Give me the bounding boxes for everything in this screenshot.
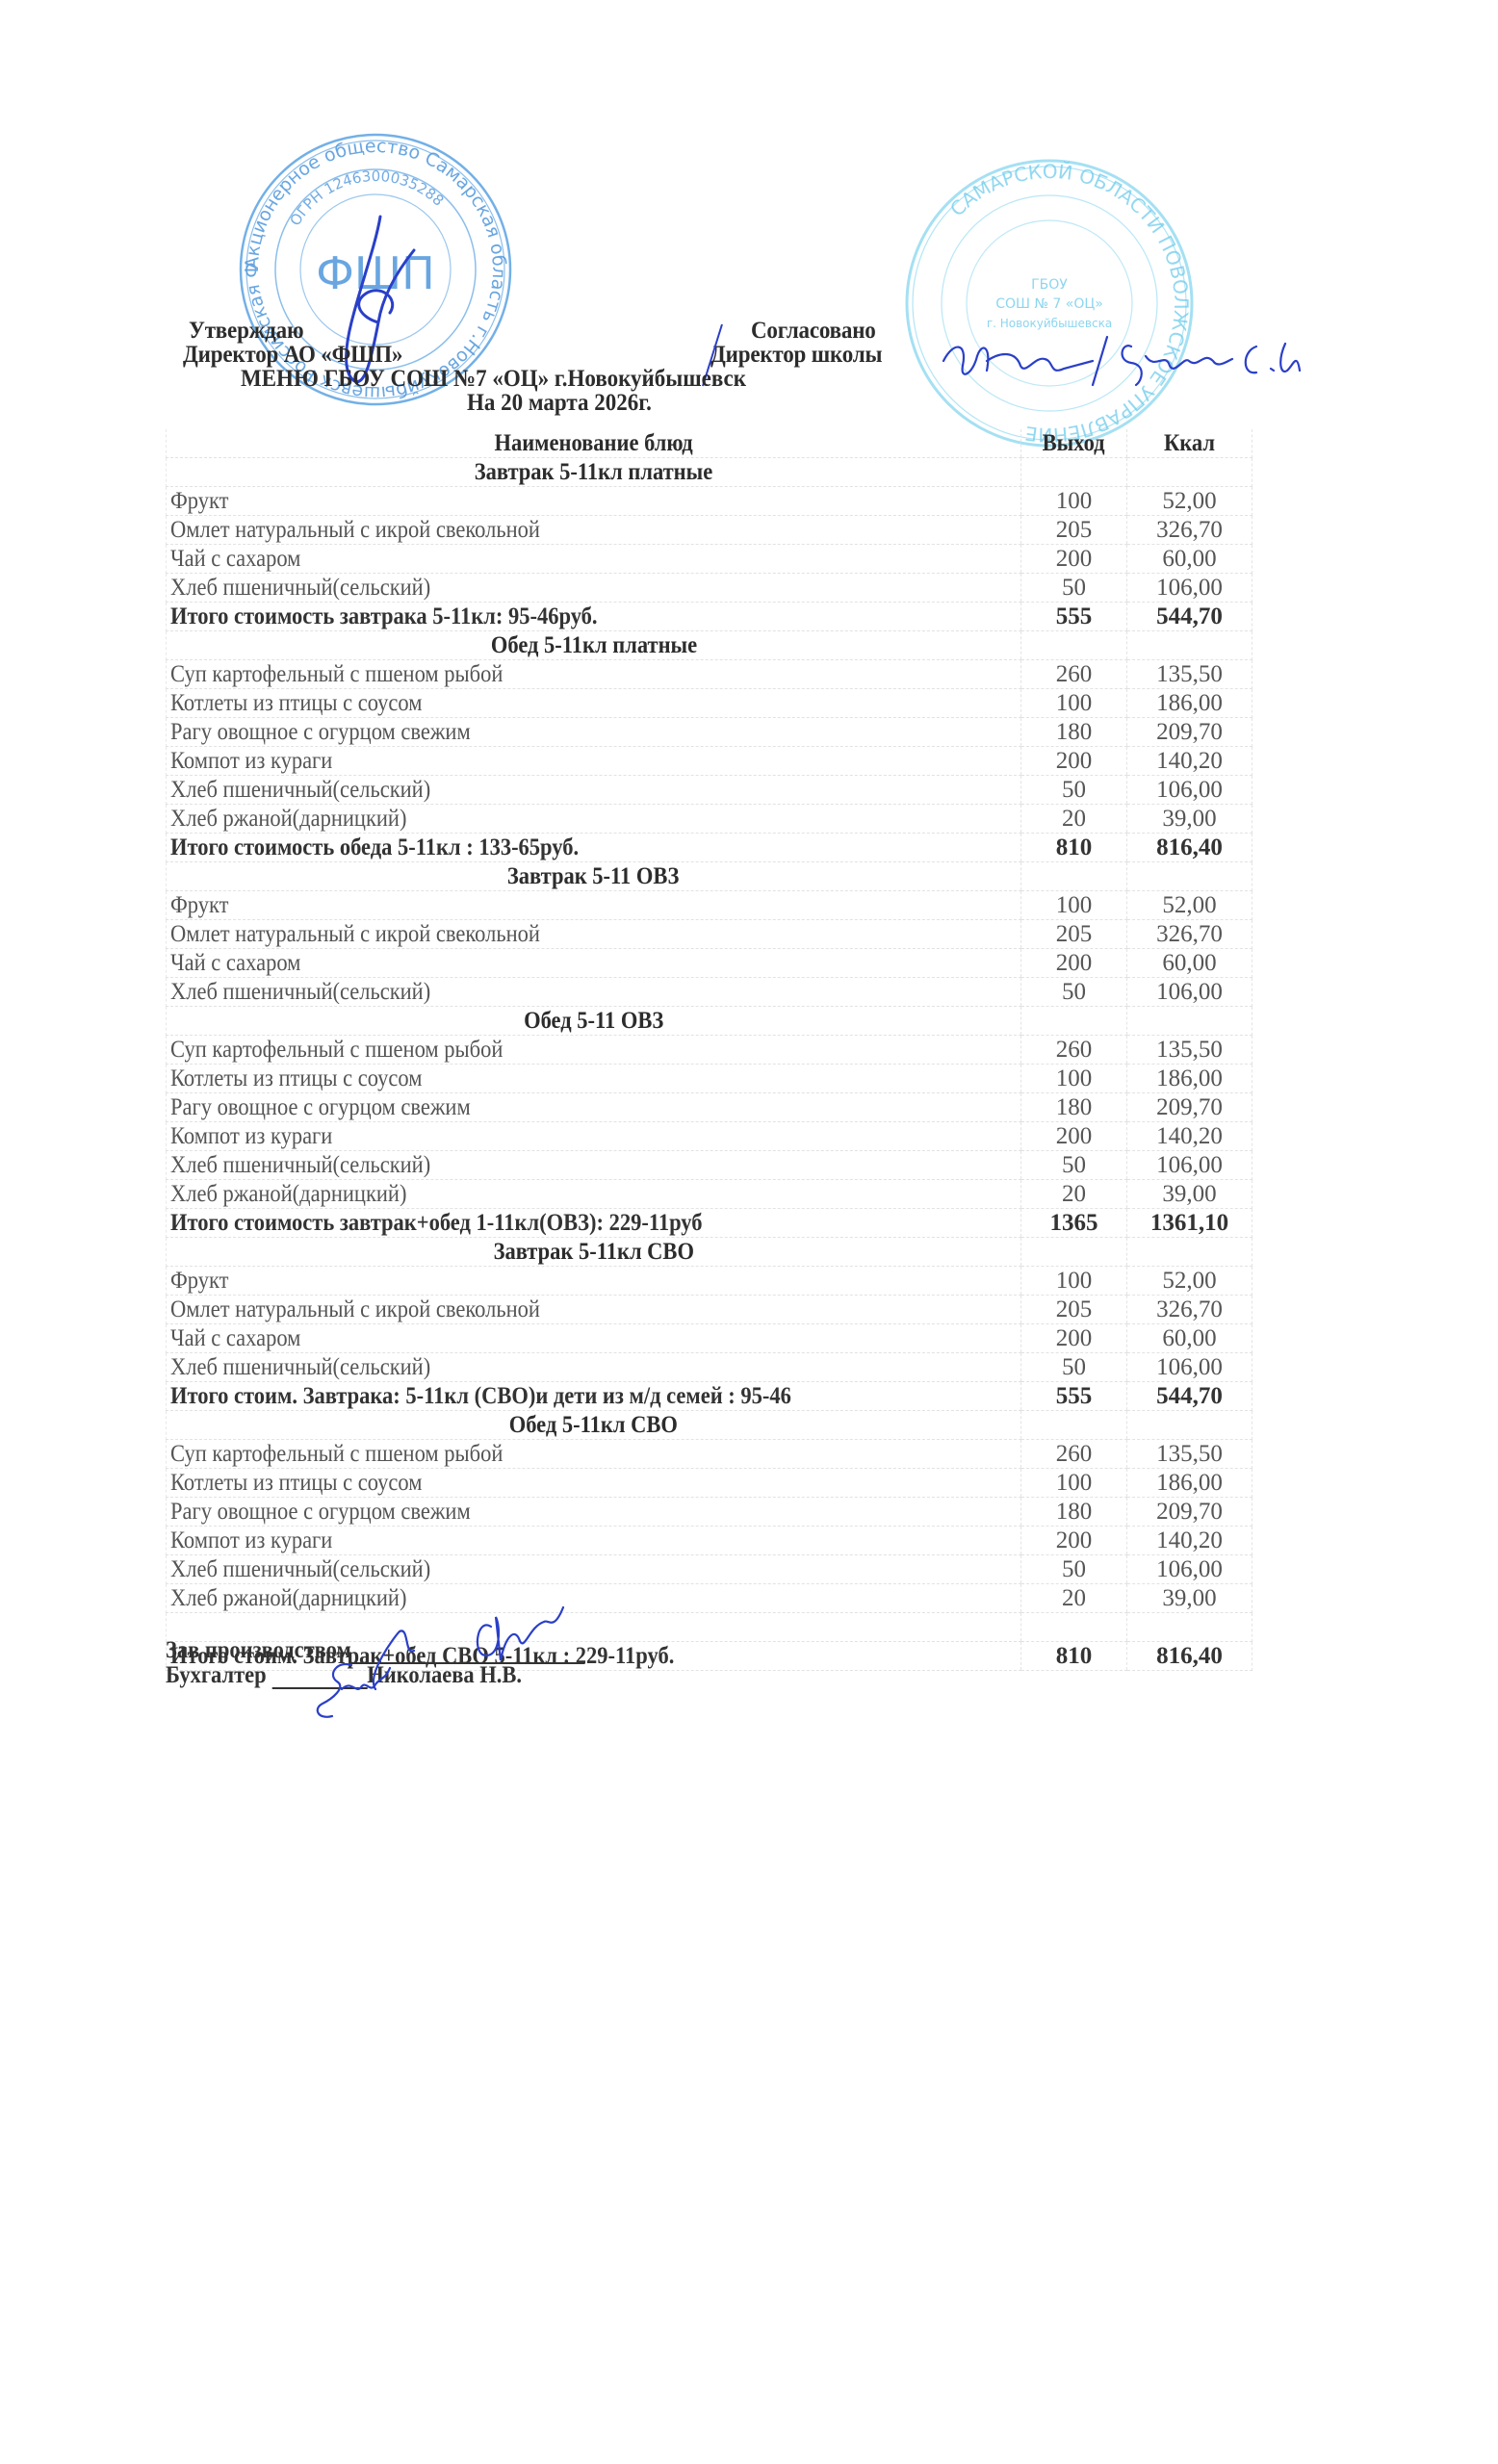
stamp-center-line: г. Новокуйбышевска [987,317,1112,330]
output-grams: 100 [1021,1267,1127,1296]
dish-row: Суп картофельный с пшеном рыбой260135,50 [167,1440,1253,1469]
dish-name: Чай с сахаром [167,949,1021,978]
output-grams: 50 [1021,1353,1127,1382]
kcal-value: 816,40 [1127,834,1253,862]
output-grams: 100 [1021,1469,1127,1498]
kcal-value: 326,70 [1127,920,1253,949]
dish-name: Омлет натуральный с икрой свекольной [167,1296,1021,1324]
agreement-label: Согласовано [751,318,876,345]
dish-name: Хлеб ржаной(дарницкий) [167,1584,1021,1613]
dish-name: Хлеб ржаной(дарницкий) [167,805,1021,834]
dish-name: Хлеб пшеничный(сельский) [167,574,1021,603]
table-header-row: Наименование блюд Выход Ккал [167,429,1253,458]
output-grams: 200 [1021,545,1127,574]
empty-cell [1127,631,1253,660]
section-header-row: Завтрак 5-11кл СВО [167,1238,1253,1267]
dish-name: Омлет натуральный с икрой свекольной [167,516,1021,545]
output-grams: 50 [1021,1555,1127,1584]
empty-cell [1021,1238,1127,1267]
output-grams: 260 [1021,1036,1127,1065]
kcal-value: 816,40 [1127,1642,1253,1671]
dish-name: Суп картофельный с пшеном рыбой [167,660,1021,689]
stamp-outer-text: САМАРСКОЙ ОБЛАСТИ ПОВОЛЖСКОЕ УПРАВЛЕНИЕ [945,160,1193,447]
kcal-value: 52,00 [1127,891,1253,920]
production-manager-line: Зав производством [166,1637,585,1664]
section-header-row: Обед 5-11кл СВО [167,1411,1253,1440]
dish-row: Хлеб ржаной(дарницкий)2039,00 [167,1584,1253,1613]
dish-name: Компот из кураги [167,1122,1021,1151]
dish-name: Хлеб пшеничный(сельский) [167,1353,1021,1382]
dish-row: Компот из кураги200140,20 [167,747,1253,776]
output-grams: 180 [1021,718,1127,747]
kcal-value: 1361,10 [1127,1209,1253,1238]
kcal-value: 39,00 [1127,1180,1253,1209]
column-header-kcal: Ккал [1127,429,1253,458]
section-title: Обед 5-11кл СВО [167,1411,1021,1440]
dish-name: Хлеб пшеничный(сельский) [167,1151,1021,1180]
empty-cell [1021,631,1127,660]
kcal-value: 106,00 [1127,574,1253,603]
dish-name: Хлеб пшеничный(сельский) [167,1555,1021,1584]
dish-row: Суп картофельный с пшеном рыбой260135,50 [167,1036,1253,1065]
dish-name: Хлеб пшеничный(сельский) [167,776,1021,805]
dish-row: Котлеты из птицы с соусом100186,00 [167,1469,1253,1498]
dish-row: Хлеб ржаной(дарницкий)2039,00 [167,805,1253,834]
empty-cell [1127,1007,1253,1036]
output-grams: 810 [1021,834,1127,862]
dish-name: Фрукт [167,1267,1021,1296]
output-grams: 260 [1021,660,1127,689]
output-grams: 205 [1021,920,1127,949]
dish-name: Рагу овощное с огурцом свежим [167,1498,1021,1527]
dish-row: Хлеб пшеничный(сельский)50106,00 [167,574,1253,603]
stamp-center-line: СОШ № 7 «ОЦ» [995,296,1103,312]
kcal-value: 140,20 [1127,747,1253,776]
output-grams: 50 [1021,574,1127,603]
output-grams: 100 [1021,689,1127,718]
kcal-value: 326,70 [1127,1296,1253,1324]
kcal-value: 60,00 [1127,545,1253,574]
kcal-value: 135,50 [1127,660,1253,689]
output-grams: 100 [1021,891,1127,920]
kcal-value: 52,00 [1127,487,1253,516]
dish-name: Рагу овощное с огурцом свежим [167,1093,1021,1122]
dish-name: Компот из кураги [167,1527,1021,1555]
empty-cell [1127,458,1253,487]
empty-cell [1021,1007,1127,1036]
total-label: Итого стоимость завтрака 5-11кл: 95-46ру… [167,603,1021,631]
empty-cell [1021,862,1127,891]
kcal-value: 209,70 [1127,718,1253,747]
dish-row: Рагу овощное с огурцом свежим180209,70 [167,718,1253,747]
kcal-value: 106,00 [1127,1555,1253,1584]
empty-cell [1021,1613,1127,1642]
kcal-value: 186,00 [1127,689,1253,718]
kcal-value: 39,00 [1127,1584,1253,1613]
accountant-label: Бухгалтер [166,1662,267,1688]
kcal-value: 544,70 [1127,1382,1253,1411]
kcal-value: 60,00 [1127,949,1253,978]
dish-row: Хлеб пшеничный(сельский)50106,00 [167,1353,1253,1382]
output-grams: 20 [1021,805,1127,834]
document-title: МЕНЮ ГБОУ СОШ №7 «ОЦ» г.Новокуйбышевск [241,366,746,393]
kcal-value: 135,50 [1127,1440,1253,1469]
kcal-value: 39,00 [1127,805,1253,834]
production-manager-label: Зав производством [166,1637,351,1663]
section-header-row: Обед 5-11кл платные [167,631,1253,660]
agreement-position: Директор школы [710,342,882,369]
dish-name: Компот из кураги [167,747,1021,776]
dish-name: Котлеты из птицы с соусом [167,1469,1021,1498]
dish-row: Омлет натуральный с икрой свекольной2053… [167,920,1253,949]
kcal-value: 209,70 [1127,1093,1253,1122]
stamp-center-text: ФШП [316,247,434,299]
dish-row: Фрукт10052,00 [167,487,1253,516]
kcal-value: 140,20 [1127,1122,1253,1151]
kcal-value: 186,00 [1127,1469,1253,1498]
dish-row: Чай с сахаром20060,00 [167,949,1253,978]
section-title: Завтрак 5-11кл СВО [167,1238,1021,1267]
output-grams: 100 [1021,487,1127,516]
stamp-inner-text: ОГРН 1246300035288 [286,167,447,229]
dish-row: Фрукт10052,00 [167,1267,1253,1296]
empty-cell [1127,1613,1253,1642]
output-grams: 1365 [1021,1209,1127,1238]
output-grams: 555 [1021,1382,1127,1411]
total-row: Итого стоимость завтрак+обед 1-11кл(ОВЗ)… [167,1209,1253,1238]
total-row: Итого стоим. Завтрака: 5-11кл (СВО)и дет… [167,1382,1253,1411]
total-label: Итого стоим. Завтрака: 5-11кл (СВО)и дет… [167,1382,1021,1411]
output-grams: 200 [1021,1122,1127,1151]
output-grams: 180 [1021,1093,1127,1122]
kcal-value: 209,70 [1127,1498,1253,1527]
output-grams: 810 [1021,1642,1127,1671]
kcal-value: 186,00 [1127,1065,1253,1093]
kcal-value: 106,00 [1127,978,1253,1007]
kcal-value: 106,00 [1127,1151,1253,1180]
approval-position: Директор АО «ФШП» [183,342,402,369]
accountant-line: Бухгалтер Николаева Н.В. [166,1662,522,1689]
kcal-value: 60,00 [1127,1324,1253,1353]
output-grams: 260 [1021,1440,1127,1469]
output-grams: 50 [1021,978,1127,1007]
empty-cell [1021,1411,1127,1440]
dish-row: Омлет натуральный с икрой свекольной2053… [167,516,1253,545]
dish-row: Компот из кураги200140,20 [167,1527,1253,1555]
empty-cell [1127,1238,1253,1267]
total-row: Итого стоимость завтрака 5-11кл: 95-46ру… [167,603,1253,631]
dish-name: Фрукт [167,891,1021,920]
output-grams: 205 [1021,1296,1127,1324]
section-header-row: Завтрак 5-11 ОВЗ [167,862,1253,891]
signature-line [271,1687,367,1689]
dish-name: Хлеб пшеничный(сельский) [167,978,1021,1007]
dish-row: Фрукт10052,00 [167,891,1253,920]
dish-row: Котлеты из птицы с соусом100186,00 [167,689,1253,718]
svg-text:ОГРН 1246300035288: ОГРН 1246300035288 [286,167,447,229]
dish-row: Чай с сахаром20060,00 [167,1324,1253,1353]
dish-row: Омлет натуральный с икрой свекольной2053… [167,1296,1253,1324]
dish-row: Чай с сахаром20060,00 [167,545,1253,574]
output-grams: 180 [1021,1498,1127,1527]
kcal-value: 106,00 [1127,1353,1253,1382]
dish-name: Фрукт [167,487,1021,516]
dish-name: Котлеты из птицы с соусом [167,689,1021,718]
kcal-value: 135,50 [1127,1036,1253,1065]
dish-row: Хлеб ржаной(дарницкий)2039,00 [167,1180,1253,1209]
dish-row: Хлеб пшеничный(сельский)50106,00 [167,776,1253,805]
dish-row: Хлеб пшеничный(сельский)50106,00 [167,1555,1253,1584]
dish-name: Чай с сахаром [167,1324,1021,1353]
school-stamp: САМАРСКОЙ ОБЛАСТИ ПОВОЛЖСКОЕ УПРАВЛЕНИЕ … [900,154,1199,452]
output-grams: 20 [1021,1584,1127,1613]
output-grams: 200 [1021,747,1127,776]
output-grams: 50 [1021,776,1127,805]
dish-row: Суп картофельный с пшеном рыбой260135,50 [167,660,1253,689]
empty-cell [1127,862,1253,891]
total-row: Итого стоимость обеда 5-11кл : 133-65руб… [167,834,1253,862]
output-grams: 200 [1021,1527,1127,1555]
dish-name: Хлеб ржаной(дарницкий) [167,1180,1021,1209]
dish-name: Рагу овощное с огурцом свежим [167,718,1021,747]
dish-name: Омлет натуральный с икрой свекольной [167,920,1021,949]
dish-name: Суп картофельный с пшеном рыбой [167,1440,1021,1469]
dish-row: Рагу овощное с огурцом свежим180209,70 [167,1498,1253,1527]
svg-text:САМАРСКОЙ ОБЛАСТИ ПОВОЛЖСКОЕ У: САМАРСКОЙ ОБЛАСТИ ПОВОЛЖСКОЕ УПРАВЛЕНИЕ [945,160,1193,447]
kcal-value: 52,00 [1127,1267,1253,1296]
approval-label: Утверждаю [189,318,303,345]
school-director-signature [939,332,1391,390]
output-grams: 50 [1021,1151,1127,1180]
dish-name: Суп картофельный с пшеном рыбой [167,1036,1021,1065]
section-title: Обед 5-11кл платные [167,631,1021,660]
total-label: Итого стоимость обеда 5-11кл : 133-65руб… [167,834,1021,862]
empty-cell [1021,458,1127,487]
column-header-name: Наименование блюд [167,429,1021,458]
section-title: Завтрак 5-11кл платные [167,458,1021,487]
accountant-name: Николаева Н.В. [367,1662,522,1688]
output-grams: 200 [1021,949,1127,978]
kcal-value: 544,70 [1127,603,1253,631]
menu-table: Наименование блюд Выход Ккал Завтрак 5-1… [166,429,1253,1671]
dish-row: Компот из кураги200140,20 [167,1122,1253,1151]
kcal-value: 106,00 [1127,776,1253,805]
dish-row: Котлеты из птицы с соусом100186,00 [167,1065,1253,1093]
dish-row: Хлеб пшеничный(сельский)50106,00 [167,978,1253,1007]
dish-row: Хлеб пшеничный(сельский)50106,00 [167,1151,1253,1180]
empty-cell [1127,1411,1253,1440]
section-header-row: Завтрак 5-11кл платные [167,458,1253,487]
column-header-output: Выход [1021,429,1127,458]
output-grams: 205 [1021,516,1127,545]
dish-name: Котлеты из птицы с соусом [167,1065,1021,1093]
section-title: Обед 5-11 ОВЗ [167,1007,1021,1036]
document-date: На 20 марта 2026г. [467,390,652,417]
output-grams: 200 [1021,1324,1127,1353]
kcal-value: 140,20 [1127,1527,1253,1555]
output-grams: 100 [1021,1065,1127,1093]
section-title: Завтрак 5-11 ОВЗ [167,862,1021,891]
dish-name: Чай с сахаром [167,545,1021,574]
output-grams: 20 [1021,1180,1127,1209]
section-header-row: Обед 5-11 ОВЗ [167,1007,1253,1036]
dish-row: Рагу овощное с огурцом свежим180209,70 [167,1093,1253,1122]
kcal-value: 326,70 [1127,516,1253,545]
stamp-center-line: ГБОУ [1031,277,1068,293]
output-grams: 555 [1021,603,1127,631]
total-label: Итого стоимость завтрак+обед 1-11кл(ОВЗ)… [167,1209,1021,1238]
